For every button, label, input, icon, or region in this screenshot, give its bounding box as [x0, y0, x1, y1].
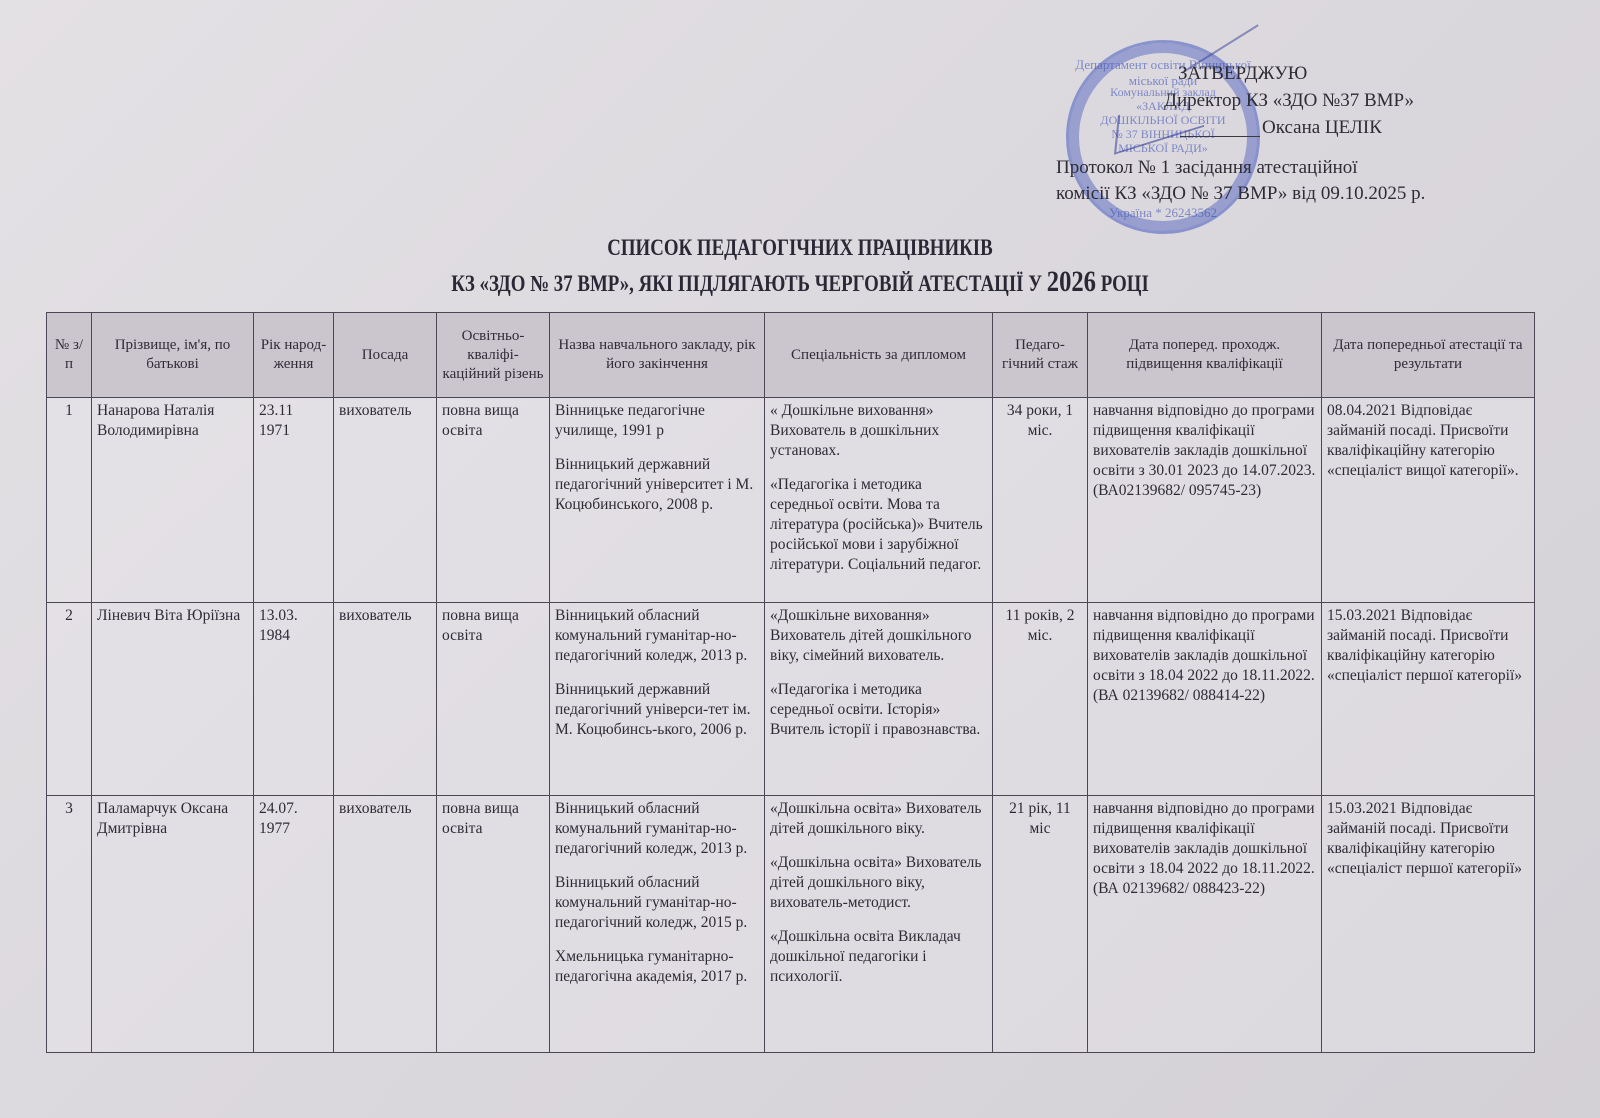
cell-position: вихователь: [334, 398, 437, 603]
document-subtitle: КЗ «ЗДО № 37 ВМР», ЯКІ ПІДЛЯГАЮТЬ ЧЕРГОВ…: [144, 265, 1456, 299]
cell-experience: 11 років, 2 міс.: [993, 603, 1088, 796]
table-row: 2Ліневич Віта Юріїзна13.03. 1984виховате…: [47, 603, 1535, 796]
header-col-institution: Назва навчального закладу, рік його закі…: [550, 313, 765, 398]
cell-institution-entry: Хмельницька гуманітарно-педагогічна акад…: [555, 947, 759, 987]
header-col-specialty: Спеціальність за дипломом: [765, 313, 993, 398]
document-title: СПИСОК ПЕДАГОГІЧНИХ ПРАЦІВНИКІВ: [144, 235, 1456, 261]
cell-birth-date: 13.03. 1984: [254, 603, 334, 796]
cell-number: 3: [47, 796, 92, 1053]
header-col-attestation: Дата попередньої атестації та результати: [1322, 313, 1535, 398]
approval-heading: ЗАТВЕРДЖУЮ: [1178, 62, 1307, 85]
approval-director: Директор КЗ «ЗДО №37 ВМР»: [1164, 89, 1414, 112]
cell-attestation: 15.03.2021 Відповідає займаній посаді. П…: [1322, 603, 1535, 796]
signature-line: [1180, 136, 1260, 137]
table-header-row: № з/пПрізвище, ім'я, по батьковіРік наро…: [47, 313, 1535, 398]
cell-number: 2: [47, 603, 92, 796]
header-col-full-name: Прізвище, ім'я, по батькові: [92, 313, 254, 398]
cell-specialty-entry: «Педагогіка і методика середньої освіти.…: [770, 475, 987, 575]
cell-specialty-entry: «Дошкільна освіта» Вихователь дітей дошк…: [770, 799, 987, 839]
cell-education-level: повна вища освіта: [437, 796, 550, 1053]
approval-director-name: Оксана ЦЕЛІК: [1262, 116, 1382, 139]
cell-education-level: повна вища освіта: [437, 398, 550, 603]
cell-qualification: навчання відповідно до програми підвищен…: [1088, 398, 1322, 603]
cell-specialty: «Дошкільне виховання» Вихователь дітей д…: [765, 603, 993, 796]
cell-full-name: Нанарова Наталія Володимирівна: [92, 398, 254, 603]
cell-birth-date: 23.11 1971: [254, 398, 334, 603]
subtitle-year: 2026: [1047, 265, 1096, 298]
cell-birth-date: 24.07. 1977: [254, 796, 334, 1053]
cell-qualification: навчання відповідно до програми підвищен…: [1088, 603, 1322, 796]
cell-institution-entry: Вінницьке педагогічне училище, 1991 р: [555, 401, 759, 441]
cell-specialty-entry: «Дошкільна освіта» Вихователь дітей дошк…: [770, 853, 987, 913]
cell-specialty: « Дошкільне виховання» Вихователь в дошк…: [765, 398, 993, 603]
cell-experience: 34 роки, 1 міс.: [993, 398, 1088, 603]
cell-institution: Вінницький обласний комунальний гуманіта…: [550, 796, 765, 1053]
cell-full-name: Паламарчук Оксана Дмитрівна: [92, 796, 254, 1053]
cell-institution: Вінницький обласний комунальний гуманіта…: [550, 603, 765, 796]
cell-institution-entry: Вінницький державний педагогічний універ…: [555, 680, 759, 740]
header-col-qualification-date: Дата поперед. проходж. підвищення кваліф…: [1088, 313, 1322, 398]
cell-institution: Вінницьке педагогічне училище, 1991 рВін…: [550, 398, 765, 603]
cell-institution-entry: Вінницький обласний комунальний гуманіта…: [555, 799, 759, 859]
header-col-experience: Педаго-гічний стаж: [993, 313, 1088, 398]
header-col-education-level: Освітньо-кваліфі-каційний різень: [437, 313, 550, 398]
cell-institution-entry: Вінницький державний педагогічний універ…: [555, 455, 759, 515]
cell-qualification: навчання відповідно до програми підвищен…: [1088, 796, 1322, 1053]
header-col-birth-year: Рік народ-ження: [254, 313, 334, 398]
approval-protocol: Протокол № 1 засідання атестаційної: [1056, 156, 1358, 179]
cell-institution-entry: Вінницький обласний комунальний гуманіта…: [555, 873, 759, 933]
table-row: 3Паламарчук Оксана Дмитрівна24.07. 1977в…: [47, 796, 1535, 1053]
cell-attestation: 15.03.2021 Відповідає займаній посаді. П…: [1322, 796, 1535, 1053]
teachers-table: № з/пПрізвище, ім'я, по батьковіРік наро…: [46, 312, 1535, 1053]
cell-specialty-entry: «Педагогіка і методика середньої освіти.…: [770, 680, 987, 740]
cell-position: вихователь: [334, 796, 437, 1053]
stamp-ring-bottom: Україна * 26243562: [1069, 205, 1257, 221]
cell-specialty-entry: «Дошкільна освіта Викладач дошкільної пе…: [770, 927, 987, 987]
table-row: 1Нанарова Наталія Володимирівна23.11 197…: [47, 398, 1535, 603]
cell-specialty-entry: «Дошкільне виховання» Вихователь дітей д…: [770, 606, 987, 666]
header-col-position: Посада: [334, 313, 437, 398]
cell-full-name: Ліневич Віта Юріїзна: [92, 603, 254, 796]
cell-number: 1: [47, 398, 92, 603]
header-col-number: № з/п: [47, 313, 92, 398]
cell-specialty: «Дошкільна освіта» Вихователь дітей дошк…: [765, 796, 993, 1053]
cell-position: вихователь: [334, 603, 437, 796]
subtitle-suffix: РОЦІ: [1096, 271, 1149, 296]
cell-attestation: 08.04.2021 Відповідає займаній посаді. П…: [1322, 398, 1535, 603]
cell-specialty-entry: « Дошкільне виховання» Вихователь в дошк…: [770, 401, 987, 461]
cell-education-level: повна вища освіта: [437, 603, 550, 796]
approval-protocol-date: комісії КЗ «ЗДО № 37 ВМР» від 09.10.2025…: [1056, 182, 1425, 205]
subtitle-prefix: КЗ «ЗДО № 37 ВМР», ЯКІ ПІДЛЯГАЮТЬ ЧЕРГОВ…: [451, 271, 1047, 296]
cell-experience: 21 рік, 11 міс: [993, 796, 1088, 1053]
cell-institution-entry: Вінницький обласний комунальний гуманіта…: [555, 606, 759, 666]
